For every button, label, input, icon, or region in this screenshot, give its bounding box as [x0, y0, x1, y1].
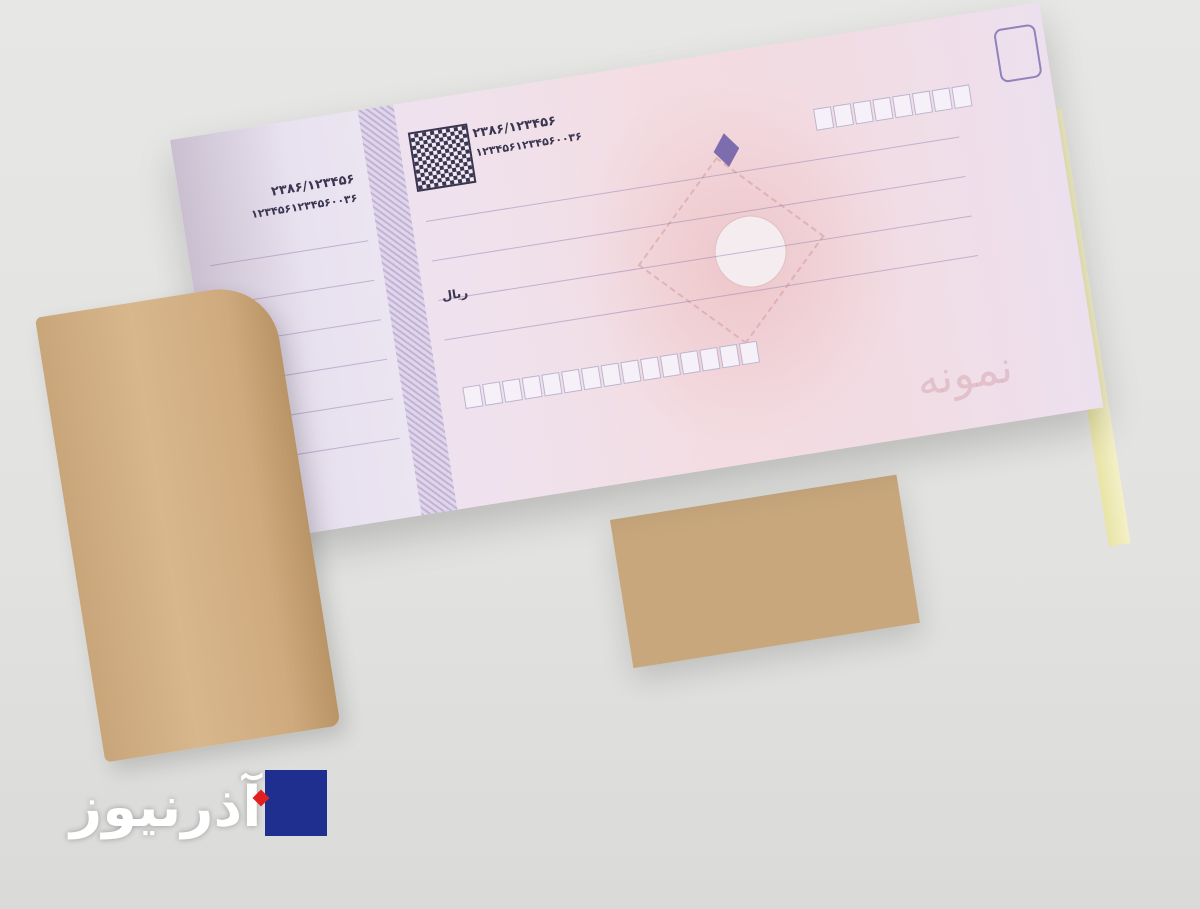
cheque-book-back-cover [610, 475, 920, 669]
stub-serial-account: ۱۲۳۴۵۶۱۲۳۴۵۶۰۰۳۶ [250, 191, 358, 221]
azarnews-watermark-logo: آذرنیوز [70, 770, 327, 836]
photo-scene: ۲۳۸۶/۱۲۳۴۵۶ ۱۲۳۴۵۶۱۲۳۴۵۶۰۰۳۶ ۲۳۸۶/۱۲۳۴۵۶… [0, 0, 1200, 909]
currency-label: ریال [441, 285, 469, 303]
sample-stamp: نمونه [913, 341, 1016, 406]
qr-code [408, 123, 477, 192]
logo-blue-block-icon [265, 770, 327, 836]
stub-field-line [210, 240, 368, 266]
cheque-leaf: ۲۳۸۶/۱۲۳۴۵۶ ۱۲۳۴۵۶۱۲۳۴۵۶۰۰۳۶ ۲۳۸۶/۱۲۳۴۵۶… [170, 2, 1103, 545]
bank-emblem-icon [993, 23, 1043, 83]
logo-text: آذرنیوز [70, 780, 261, 836]
